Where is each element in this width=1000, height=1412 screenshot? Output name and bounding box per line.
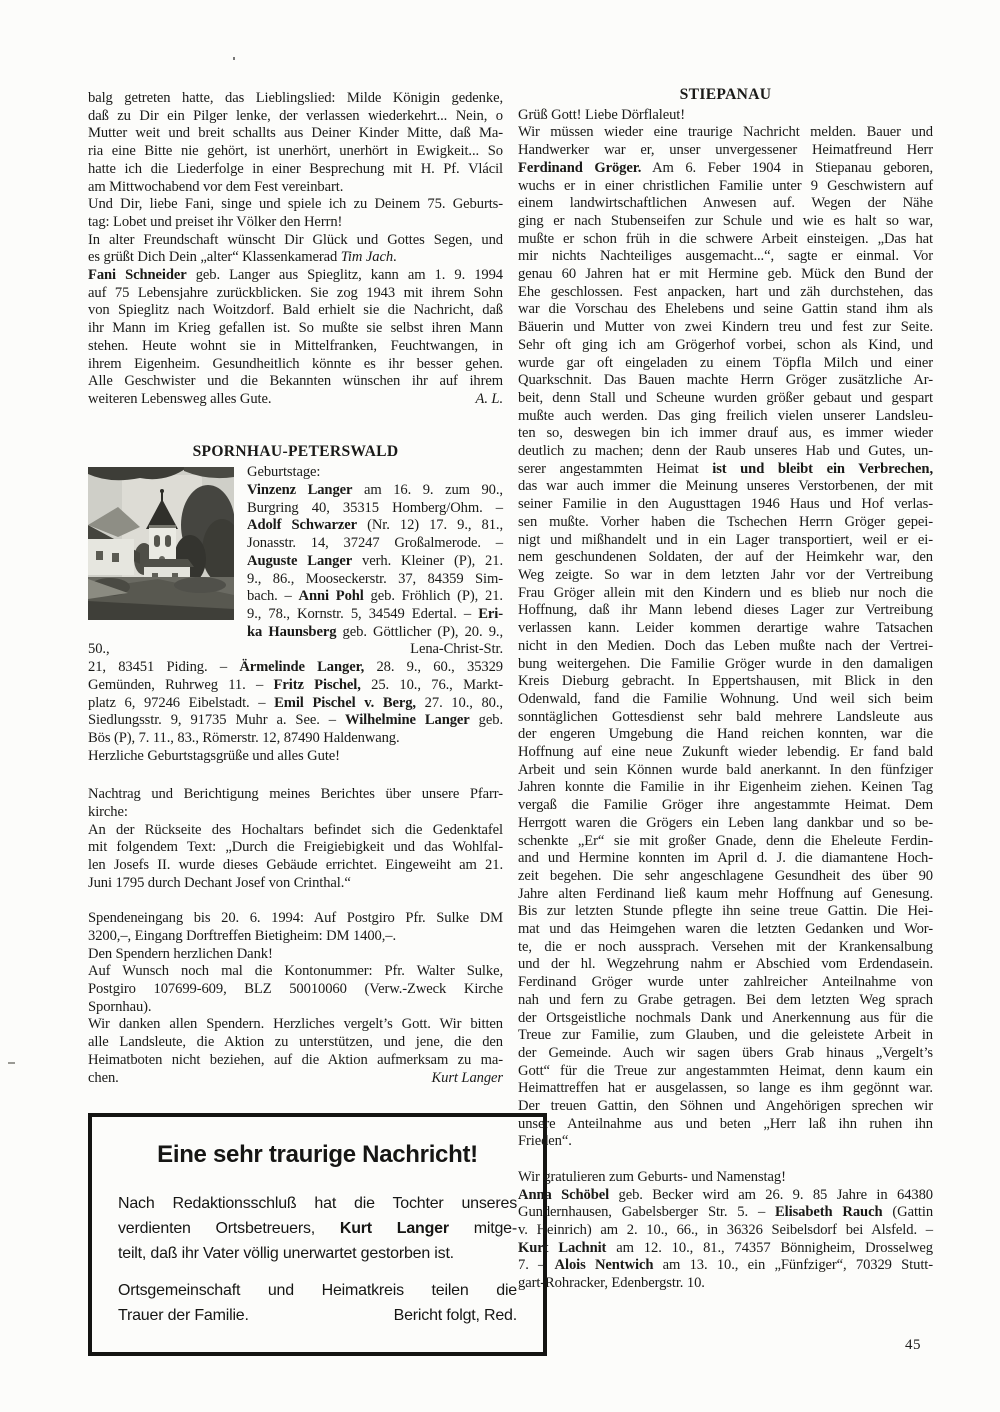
text-line: gart-Rohracker, Edenbergstr. 10. [518,1275,933,1293]
text-line: auf 75 Lebensjahre zurückblicken. Sie zo… [88,285,503,303]
text-line: Ferdinand Gröger wurde unter zahlreicher… [518,974,933,992]
text-line: Handwerker war er, unser unvergessener H… [518,142,933,160]
text-line: Und Dir, liebe Fani, singe und spiele ic… [88,196,503,214]
text-line: Heimatboten nicht beziehen, auf die Akti… [88,1052,503,1070]
text-line: serer angestammten Heimat ist und bleibt… [518,461,933,479]
church-village-photo [88,467,234,620]
text-line: An der Rückseite des Hochaltars befindet… [88,822,503,840]
text-line: ria eine Bitte nie gehört, ist unerhört,… [88,143,503,161]
text-line: Mutter weit und breit schallts aus Deine… [88,125,503,143]
text-line: das war auch immer die Meinung unseres V… [518,478,933,496]
text-line: Postgiro 107699-609, BLZ 50010060 (Verw.… [88,981,503,999]
text-line: len Josefs II. wurde dieses Gebäude erri… [88,857,503,875]
text-line: Fani Schneider geb. Langer aus Spieglitz… [88,267,503,285]
text-line: platz 6, 97246 Eibelstadt. – Emil Pische… [88,695,503,713]
text-line: mußte er schon früh in die schwere Arbei… [518,231,933,249]
text-line: Gundernhausen, Gabelsberger Str. 5. – El… [518,1204,933,1222]
signature: Kurt Langer [432,1070,503,1088]
text-line: chen.Kurt Langer [88,1070,503,1088]
text-line: Hoffnung auf eine neue Zukunft wieder le… [518,744,933,762]
text-line: Auf Wunsch noch mal die Kontonummer: Pfr… [88,963,503,981]
text-line: Kurt Lachnit am 12. 10., 81., 74357 Bönn… [518,1240,933,1258]
text-line: wurde gar oft eingeladen zu einem Töpfla… [518,355,933,373]
text-line: Nachtrag und Berichtigung meines Bericht… [88,786,503,804]
text-line: 21, 83451 Piding. – Ärmelinde Langer, 28… [88,659,503,677]
text-line: weiteren Lebensweg alles Gute.A. L. [88,391,503,409]
text-line: Bös (P), 7. 11., 83., Römerstr. 12, 8749… [88,730,503,748]
left-column: balg getreten hatte, das Lieblingslied: … [88,90,503,1356]
text-line: und der hl. Wegzehrung nahm er Abschied … [518,956,933,974]
text-line: Trauer der Familie.Bericht folgt, Red. [118,1303,517,1328]
text-line: Siedlungsstr. 9, 91735 Muhr a. See. – Wi… [88,712,503,730]
text-line: Frau Gröger allein mit den Kindern und e… [518,585,933,603]
paragraph-nachruf-groeger: Wir müssen wieder eine traurige Nachrich… [518,124,933,1151]
text-line: tag: Lobet und preiset ihr Völker den He… [88,214,503,232]
paragraph-gratulation-intro: Wir gratulieren zum Geburts- und Namenst… [518,1169,933,1187]
text-line: hatte ich die Liederfolge in einer Bespr… [88,161,503,179]
newsletter-page: balg getreten hatte, das Lieblingslied: … [0,0,1000,1412]
paragraph-lieblingslied: balg getreten hatte, das Lieblingslied: … [88,90,503,196]
text-line: Spendeneingang bis 20. 6. 1994: Auf Post… [88,910,503,928]
text-line: Weg zeigte. So war in dem letzten Jahr v… [518,567,933,585]
text-line: ihrem Eigenheim. Gesundheitlich könnte e… [88,356,503,374]
geburtstage-block: Geburtstage:Vinzenz Langer am 16. 9. zum… [88,464,503,765]
text-line: Heimattreffen hat er ausgelassen, so lan… [518,1080,933,1098]
text-line: sonntäglichen Gottesdienst sehr bald meh… [518,709,933,727]
paragraph-gruss-gott: Grüß Gott! Liebe Dörflaleut! [518,107,933,125]
paragraph-aktion: Wir danken allen Spendern. Herzliches ve… [88,1016,503,1087]
text-line: mit folgendem Text: „Durch die Freigiebi… [88,839,503,857]
text-line: Quarkschnit. Das Bauen machte Herrn Grög… [518,372,933,390]
paragraph-gedenktafel: An der Rückseite des Hochaltars befindet… [88,822,503,893]
text-line: verdienten Ortsbetreuers, Kurt Langer mi… [118,1216,517,1241]
text-line: der Ortsgeistliche nochmals Dank und Ane… [518,1010,933,1028]
text-line: Sehr oft ging ich am Grögerhof vorbei, s… [518,337,933,355]
text-line: alle Landsleute, die Aktion zu unterstüt… [88,1034,503,1052]
text-line: zeit begehen. Die sehr angeschlagene Ges… [518,868,933,886]
paragraph-fani-gruss: Und Dir, liebe Fani, singe und spiele ic… [88,196,503,231]
text-line: nigt und mißhandelt und in ein Lager tra… [518,532,933,550]
text-line: 3200,–, Eingang Dorftreffen Bietigheim: … [88,928,503,946]
text-line: ihr Mann im Krieg gefallen ist. So mußte… [88,320,503,338]
text-line: Gemünden, Ruhrweg 11. – Fritz Pischel, 2… [88,677,503,695]
text-line: deutlich zu machen; denn der Raub unsere… [518,443,933,461]
text-line: Bis zur letzten Stunde pflegte ihn seine… [518,903,933,921]
paragraph-herzliche-gruesse: Herzliche Geburtstagsgrüße und alles Gut… [88,748,503,766]
text-line: Jahre alten Ferdinand ließ kaum mehr Hof… [518,886,933,904]
paragraph-geburtstage-stiepanau: Anna Schöbel geb. Becker wird am 26. 9. … [518,1187,933,1293]
text-line: nicht in den Medien. Doch das Leben mußt… [518,638,933,656]
text-line: stehen. Heute wohnt sie in Mittelfranken… [88,338,503,356]
text-line: nah und fern zu Grabe getragen. Bei dem … [518,992,933,1010]
signature: Bericht folgt, Red. [394,1303,517,1328]
text-line: mußte auch werden. Das ging freilich vie… [518,408,933,426]
text-line: verlassen kann. Leider kommen derartige … [518,620,933,638]
text-line: bung weitergehen. Die Familie Gröger wur… [518,656,933,674]
page-number: 45 [905,1337,921,1355]
text-line: am Mittwochabend vor dem Fest vereinbart… [88,179,503,197]
text-line: war die Vorschau des Ehelebens und seine… [518,301,933,319]
scan-artifact-dash [8,1062,15,1064]
text-line: Anna Schöbel geb. Becker wird am 26. 9. … [518,1187,933,1205]
text-line: Alle Geschwister und die Bekannten wünsc… [88,373,503,391]
text-line: der Gemeinde. Auch wir sagen übers Grab … [518,1045,933,1063]
text-line: Ferdinand Gröger. Am 6. Feber 1904 in St… [518,160,933,178]
text-line: v. Heinrich) am 2. 10., 66., in 36326 Se… [518,1222,933,1240]
text-line: mir nichts Nachteiliges ausgemacht...“, … [518,248,933,266]
text-line: Odenwald, fand die Familie Wohnung. Und … [518,691,933,709]
text-line: Arbeit und sein Können wurde bald anerka… [518,762,933,780]
text-line: mat und das Heimgehen waren die letzten … [518,921,933,939]
text-line: te, die er noch aussprach. Versehen mit … [518,939,933,957]
text-line: Bäuerin und Mutter von zwei Kindern treu… [518,319,933,337]
sad-news-paragraph-2: Ortsgemeinschaft und Heimatkreis teilen … [118,1278,517,1328]
paragraph-kontonummer: Auf Wunsch noch mal die Kontonummer: Pfr… [88,963,503,1016]
text-line: Hoffnung, daß ihr Mann lebend dieses Lag… [518,602,933,620]
text-line: Frieden“. [518,1133,933,1151]
text-line: Wir gratulieren zum Geburts- und Namenst… [518,1169,933,1187]
church-photo-graphic [88,467,234,620]
text-line: Kreis Dieburg gebracht. In Eppertshausen… [518,673,933,691]
scan-artifact-dot [233,57,235,60]
text-line: In alter Freundschaft wünscht Dir Glück … [88,232,503,250]
text-line: Der treuen Gattin, den Söhnen und Angehö… [518,1098,933,1116]
text-line: Wir danken allen Spendern. Herzliches ve… [88,1016,503,1034]
sad-news-title: Eine sehr traurige Nachricht! [118,1141,517,1169]
text-line: 7. – Alois Nentwich am 13. 10., ein „Fün… [518,1257,933,1275]
text-line: ka Haunsberg geb. Göttlicher (P), 20. 9.… [88,624,503,659]
text-line: einem landwirtschaftlichen Anwesen auf. … [518,195,933,213]
text-line: von Spieglitz nach Woitzdorf. Bald erhie… [88,302,503,320]
text-line: Jahren konnte die Familie in ihr Eigenhe… [518,779,933,797]
text-line: balg getreten hatte, das Lieblingslied: … [88,90,503,108]
text-line: es grüßt Dich Dein „alter“ Klassenkamera… [88,249,503,267]
text-line: Spornhau). [88,999,503,1017]
text-line: wuchs er in einer christlichen Familie u… [518,178,933,196]
text-line: Grüß Gott! Liebe Dörflaleut! [518,107,933,125]
section-heading-spornhau-peterswald: SPORNHAU-PETERSWALD [88,443,503,461]
paragraph-nachtrag-intro: Nachtrag und Berichtigung meines Bericht… [88,786,503,821]
section-heading-stiepanau: STIEPANAU [518,86,933,104]
text-line: der engeren Umgebung die Hand reichen ko… [518,726,933,744]
text-line: Juni 1795 durch Dechant Josef von Crinth… [88,875,503,893]
text-line: seiner Familie in den Augusttagen 1946 H… [518,496,933,514]
text-line: Treue zur Familie, zum Glauben, und die … [518,1027,933,1045]
text-line: Nach Redaktionsschluß hat die Tochter un… [118,1191,517,1216]
text-line: vergaß die Familie Gröger ihre angestamm… [518,797,933,815]
text-line: Wir müssen wieder eine traurige Nachrich… [518,124,933,142]
text-line: genau 60 Jahren hat er mit Hermine geb. … [518,266,933,284]
paragraph-freundschaft: In alter Freundschaft wünscht Dir Glück … [88,232,503,267]
paragraph-spendeneingang: Spendeneingang bis 20. 6. 1994: Auf Post… [88,910,503,945]
text-line: ging er nach Stubenseifen zur Schule und… [518,213,933,231]
text-line: Herzliche Geburtstagsgrüße und alles Gut… [88,748,503,766]
text-line: schenkte „Er“ sie mit großer Gnade, denn… [518,833,933,851]
sad-news-paragraph-1: Nach Redaktionsschluß hat die Tochter un… [118,1191,517,1266]
text-line: sen mußte. Vorher haben die Tschechen He… [518,514,933,532]
text-line: Ortsgemeinschaft und Heimatkreis teilen … [118,1278,517,1303]
text-line: Herrgott waren die Grögers ein Leben lan… [518,815,933,833]
text-line: ten so, deswegen bin ich immer drauf aus… [518,425,933,443]
text-line: Ehe geschlossen. Fest anpacken, hart und… [518,284,933,302]
paragraph-fani-schneider: Fani Schneider geb. Langer aus Spieglitz… [88,267,503,409]
text-line: and und Hermine konnten im April d. J. d… [518,850,933,868]
signature: A. L. [476,391,503,409]
text-line: kirche: [88,804,503,822]
text-line: unsere Anteilnahme aus und beten „Herr l… [518,1116,933,1134]
text-line: Gott“ für die Treue zur angestammten Hei… [518,1063,933,1081]
sad-news-box: Eine sehr traurige Nachricht! Nach Redak… [88,1113,547,1356]
text-line: beit, denn Stall und Scheune wurden größ… [518,390,933,408]
text-line: teilt, daß ihr Vater völlig unerwartet g… [118,1241,517,1266]
text-line: Den Spendern herzlichen Dank! [88,946,503,964]
text-line: daß zu Dir ein Pilger lenke, der verlass… [88,108,503,126]
text-line: nem geschundenen Soldaten, der auf der H… [518,549,933,567]
paragraph-dank: Den Spendern herzlichen Dank! [88,946,503,964]
right-column: STIEPANAU Grüß Gott! Liebe Dörflaleut! W… [518,86,933,1293]
